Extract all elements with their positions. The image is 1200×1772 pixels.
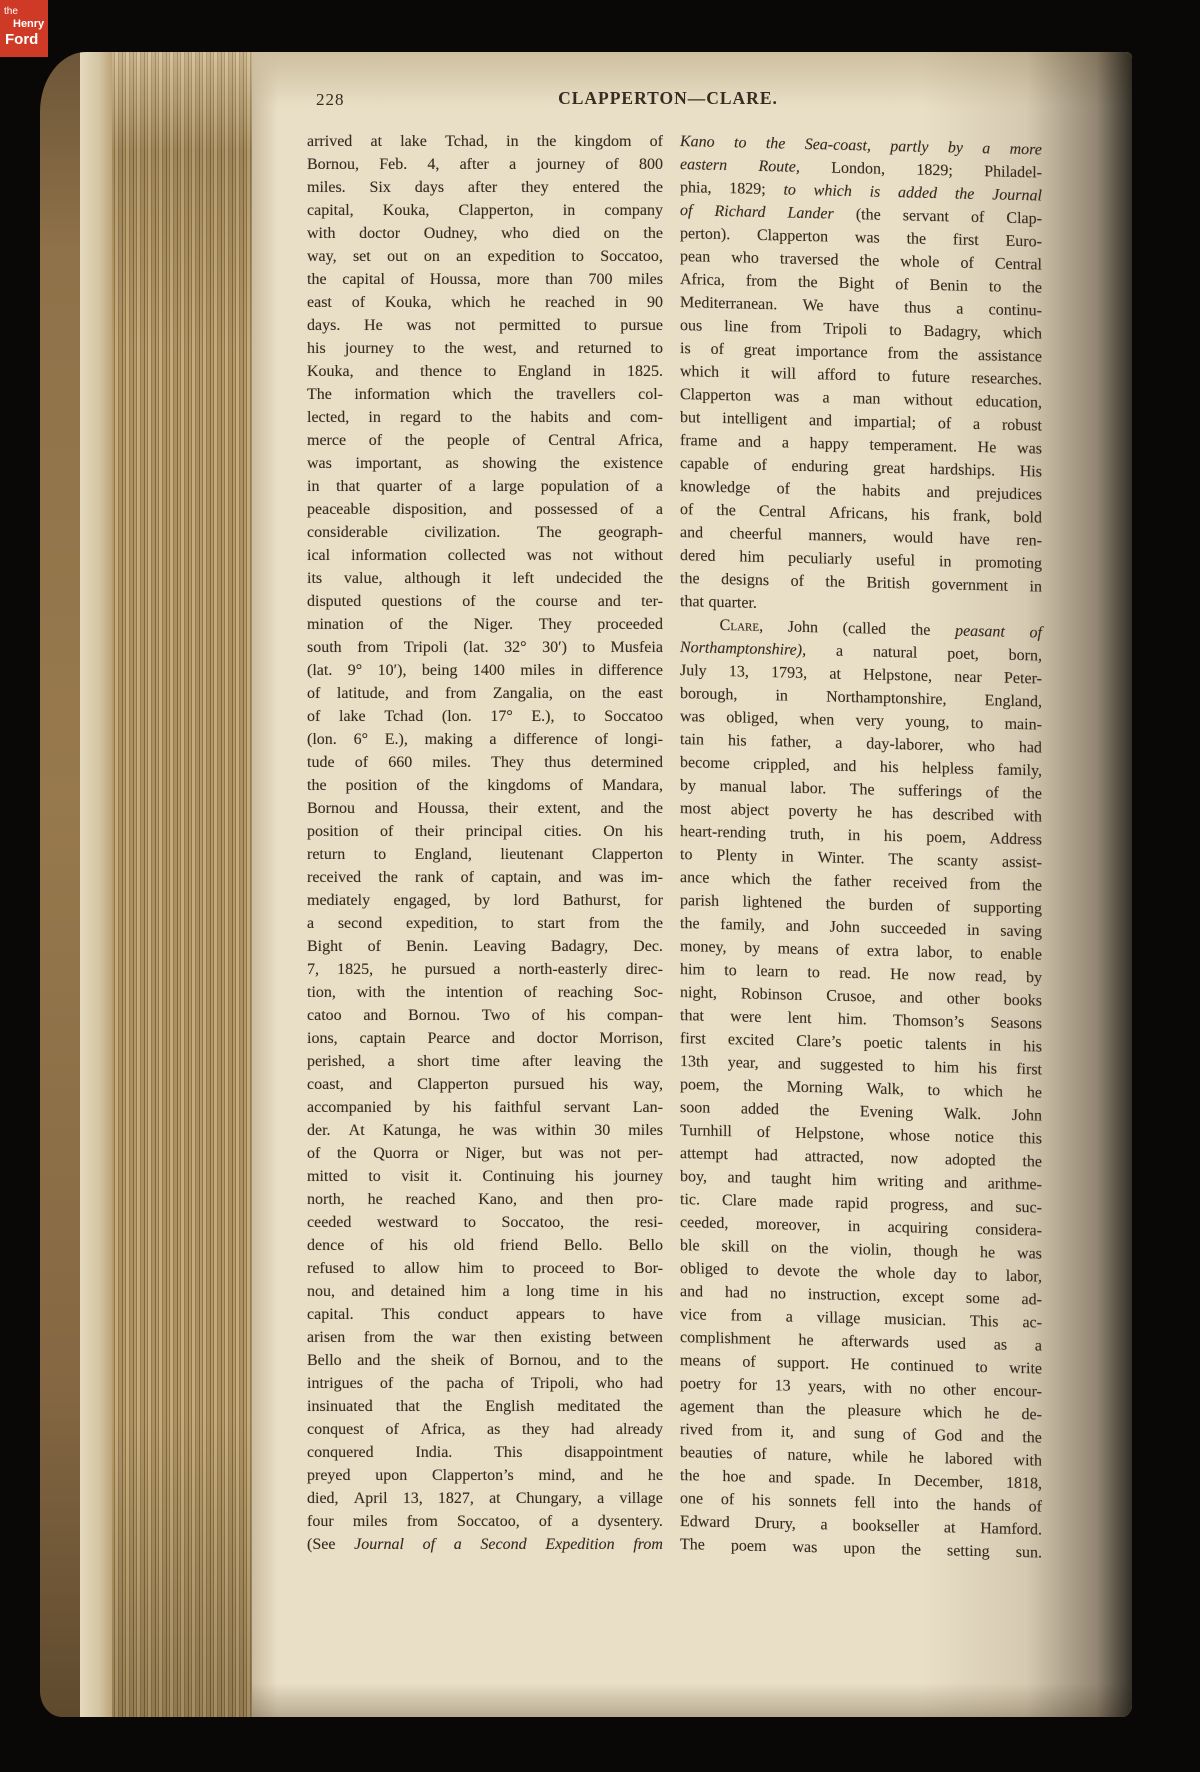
- logo-text-henry: Henry: [13, 19, 44, 30]
- logo-text-the: the: [4, 7, 18, 17]
- page-content: 228 CLAPPERTON—CLARE. arrivedatlakeTchad…: [252, 52, 1132, 1717]
- text-line: miles.Sixdaysaftertheyenteredthe: [307, 176, 663, 199]
- text-line: positionoftheirprincipalcities.Onhis: [307, 820, 663, 843]
- page-number: 228: [316, 90, 345, 110]
- text-line: denceofhisoldfriendBello.Bello: [307, 1234, 663, 1257]
- text-line: perished,ashorttimeafterleavingthe: [307, 1050, 663, 1073]
- text-line: tudeof660miles.Theythusdetermined: [307, 751, 663, 774]
- text-line: disputedquestionsofthecourseandter-: [307, 590, 663, 613]
- text-line: considerablecivilization.Thegeograph-: [307, 521, 663, 544]
- text-line: accompaniedbyhisfaithfulservantLan-: [307, 1096, 663, 1119]
- text-line: oftheQuorraorNiger,butwasnotper-: [307, 1142, 663, 1165]
- text-line: ceededwestwardtoSoccatoo,theresi-: [307, 1211, 663, 1234]
- text-line: oflakeTchad(lon.17°E.),toSoccatoo: [307, 705, 663, 728]
- book: 228 CLAPPERTON—CLARE. arrivedatlakeTchad…: [40, 52, 1132, 1717]
- text-line: peaceabledisposition,andpossessedofa: [307, 498, 663, 521]
- text-line: preyeduponClapperton’smind,andhe: [307, 1464, 663, 1487]
- text-line: thecapitalofHoussa,morethan700miles: [307, 268, 663, 291]
- henry-ford-logo: the Henry Ford: [0, 0, 48, 57]
- text-line: Kouka,andthencetoEnglandin1825.: [307, 360, 663, 383]
- text-line: returntoEngland,lieutenantClapperton: [307, 843, 663, 866]
- text-line: capital,Kouka,Clapperton,incompany: [307, 199, 663, 222]
- text-line: Theinformationwhichthetravellerscol-: [307, 383, 663, 406]
- text-line: arisenfromthewarthenexistingbetween: [307, 1326, 663, 1349]
- text-line: Bornou,Feb.4,afterajourneyof800: [307, 153, 663, 176]
- text-line: north,hereachedKano,andthenpro-: [307, 1188, 663, 1211]
- text-line: thepositionofthekingdomsofMandara,: [307, 774, 663, 797]
- text-line: days.Hewasnotpermittedtopursue: [307, 314, 663, 337]
- text-line: (SeeJournalofaSecondExpeditionfrom: [307, 1533, 663, 1556]
- text-line: mittedtovisitit.Continuinghisjourney: [307, 1165, 663, 1188]
- text-line: catooandBornou.Twoofhiscompan-: [307, 1004, 663, 1027]
- text-line: merceofthepeopleofCentralAfrica,: [307, 429, 663, 452]
- text-line: oflatitude,andfromZangalia,ontheeast: [307, 682, 663, 705]
- fore-edge-pages: [112, 52, 252, 1717]
- text-line: BelloandthesheikofBornou,andtothe: [307, 1349, 663, 1372]
- text-line: icalinformationcollectedwasnotwithout: [307, 544, 663, 567]
- text-line: arrivedatlakeTchad,inthekingdomof: [307, 130, 663, 153]
- text-line: capital.Thisconductappearstohave: [307, 1303, 663, 1326]
- text-line: insinuatedthattheEnglishmeditatedthe: [307, 1395, 663, 1418]
- right-column: KanototheSea-coast,partlybyamoreeasternR…: [680, 130, 1042, 1565]
- text-line: asecondexpedition,tostartfromthe: [307, 912, 663, 935]
- text-line: conquestofAfrica,astheyhadalready: [307, 1418, 663, 1441]
- text-line: 7,1825,hepursuedanorth-easterlydirec-: [307, 958, 663, 981]
- text-line: intriguesofthepachaofTripoli,whohad: [307, 1372, 663, 1395]
- running-head: CLAPPERTON—CLARE.: [348, 88, 988, 109]
- text-line: way,setoutonanexpeditiontoSoccatoo,: [307, 245, 663, 268]
- text-line: nou,anddetainedhimalongtimeinhis: [307, 1280, 663, 1303]
- book-cover-edge: [40, 52, 80, 1717]
- left-column: arrivedatlakeTchad,inthekingdomofBornou,…: [307, 130, 663, 1556]
- text-line: hisjourneytothewest,andreturnedto: [307, 337, 663, 360]
- text-line: ions,captainPearceanddoctorMorrison,: [307, 1027, 663, 1050]
- text-line: BornouandHoussa,theirextent,andthe: [307, 797, 663, 820]
- text-line: coast,andClappertonpursuedhisway,: [307, 1073, 663, 1096]
- text-line: eastofKouka,whichhereachedin90: [307, 291, 663, 314]
- text-line: withdoctorOudney,whodiedonthe: [307, 222, 663, 245]
- book-photo: the Henry Ford 228 CLAPPERTON—CLARE. arr…: [0, 0, 1200, 1772]
- text-line: (lat.9°10′),being1400milesindifference: [307, 659, 663, 682]
- text-line: (lon.6°E.),makingadifferenceoflongi-: [307, 728, 663, 751]
- text-line: tion,withtheintentionofreachingSoc-: [307, 981, 663, 1004]
- text-line: refusedtoallowhimtoproceedtoBor-: [307, 1257, 663, 1280]
- text-line: itsvalue,althoughitleftundecidedthe: [307, 567, 663, 590]
- text-line: southfromTripoli(lat.32°30′)toMusfeia: [307, 636, 663, 659]
- text-line: mediatelyengaged,bylordBathurst,for: [307, 889, 663, 912]
- text-line: conqueredIndia.Thisdisappointment: [307, 1441, 663, 1464]
- page-stack-wedge: [80, 52, 112, 1717]
- text-line: lected,inregardtothehabitsandcom-: [307, 406, 663, 429]
- text-line: minationoftheNiger.Theyproceeded: [307, 613, 663, 636]
- text-line: receivedtherankofcaptain,andwasim-: [307, 866, 663, 889]
- text-line: BightofBenin.LeavingBadagry,Dec.: [307, 935, 663, 958]
- text-line: fourmilesfromSoccatoo,ofadysentery.: [307, 1510, 663, 1533]
- text-line: der.AtKatunga,hewaswithin30miles: [307, 1119, 663, 1142]
- text-line: wasimportant,asshowingtheexistence: [307, 452, 663, 475]
- logo-text-ford: Ford: [5, 32, 38, 47]
- text-line: died,April13,1827,atChungary,avillage: [307, 1487, 663, 1510]
- text-line: inthatquarterofalargepopulationofa: [307, 475, 663, 498]
